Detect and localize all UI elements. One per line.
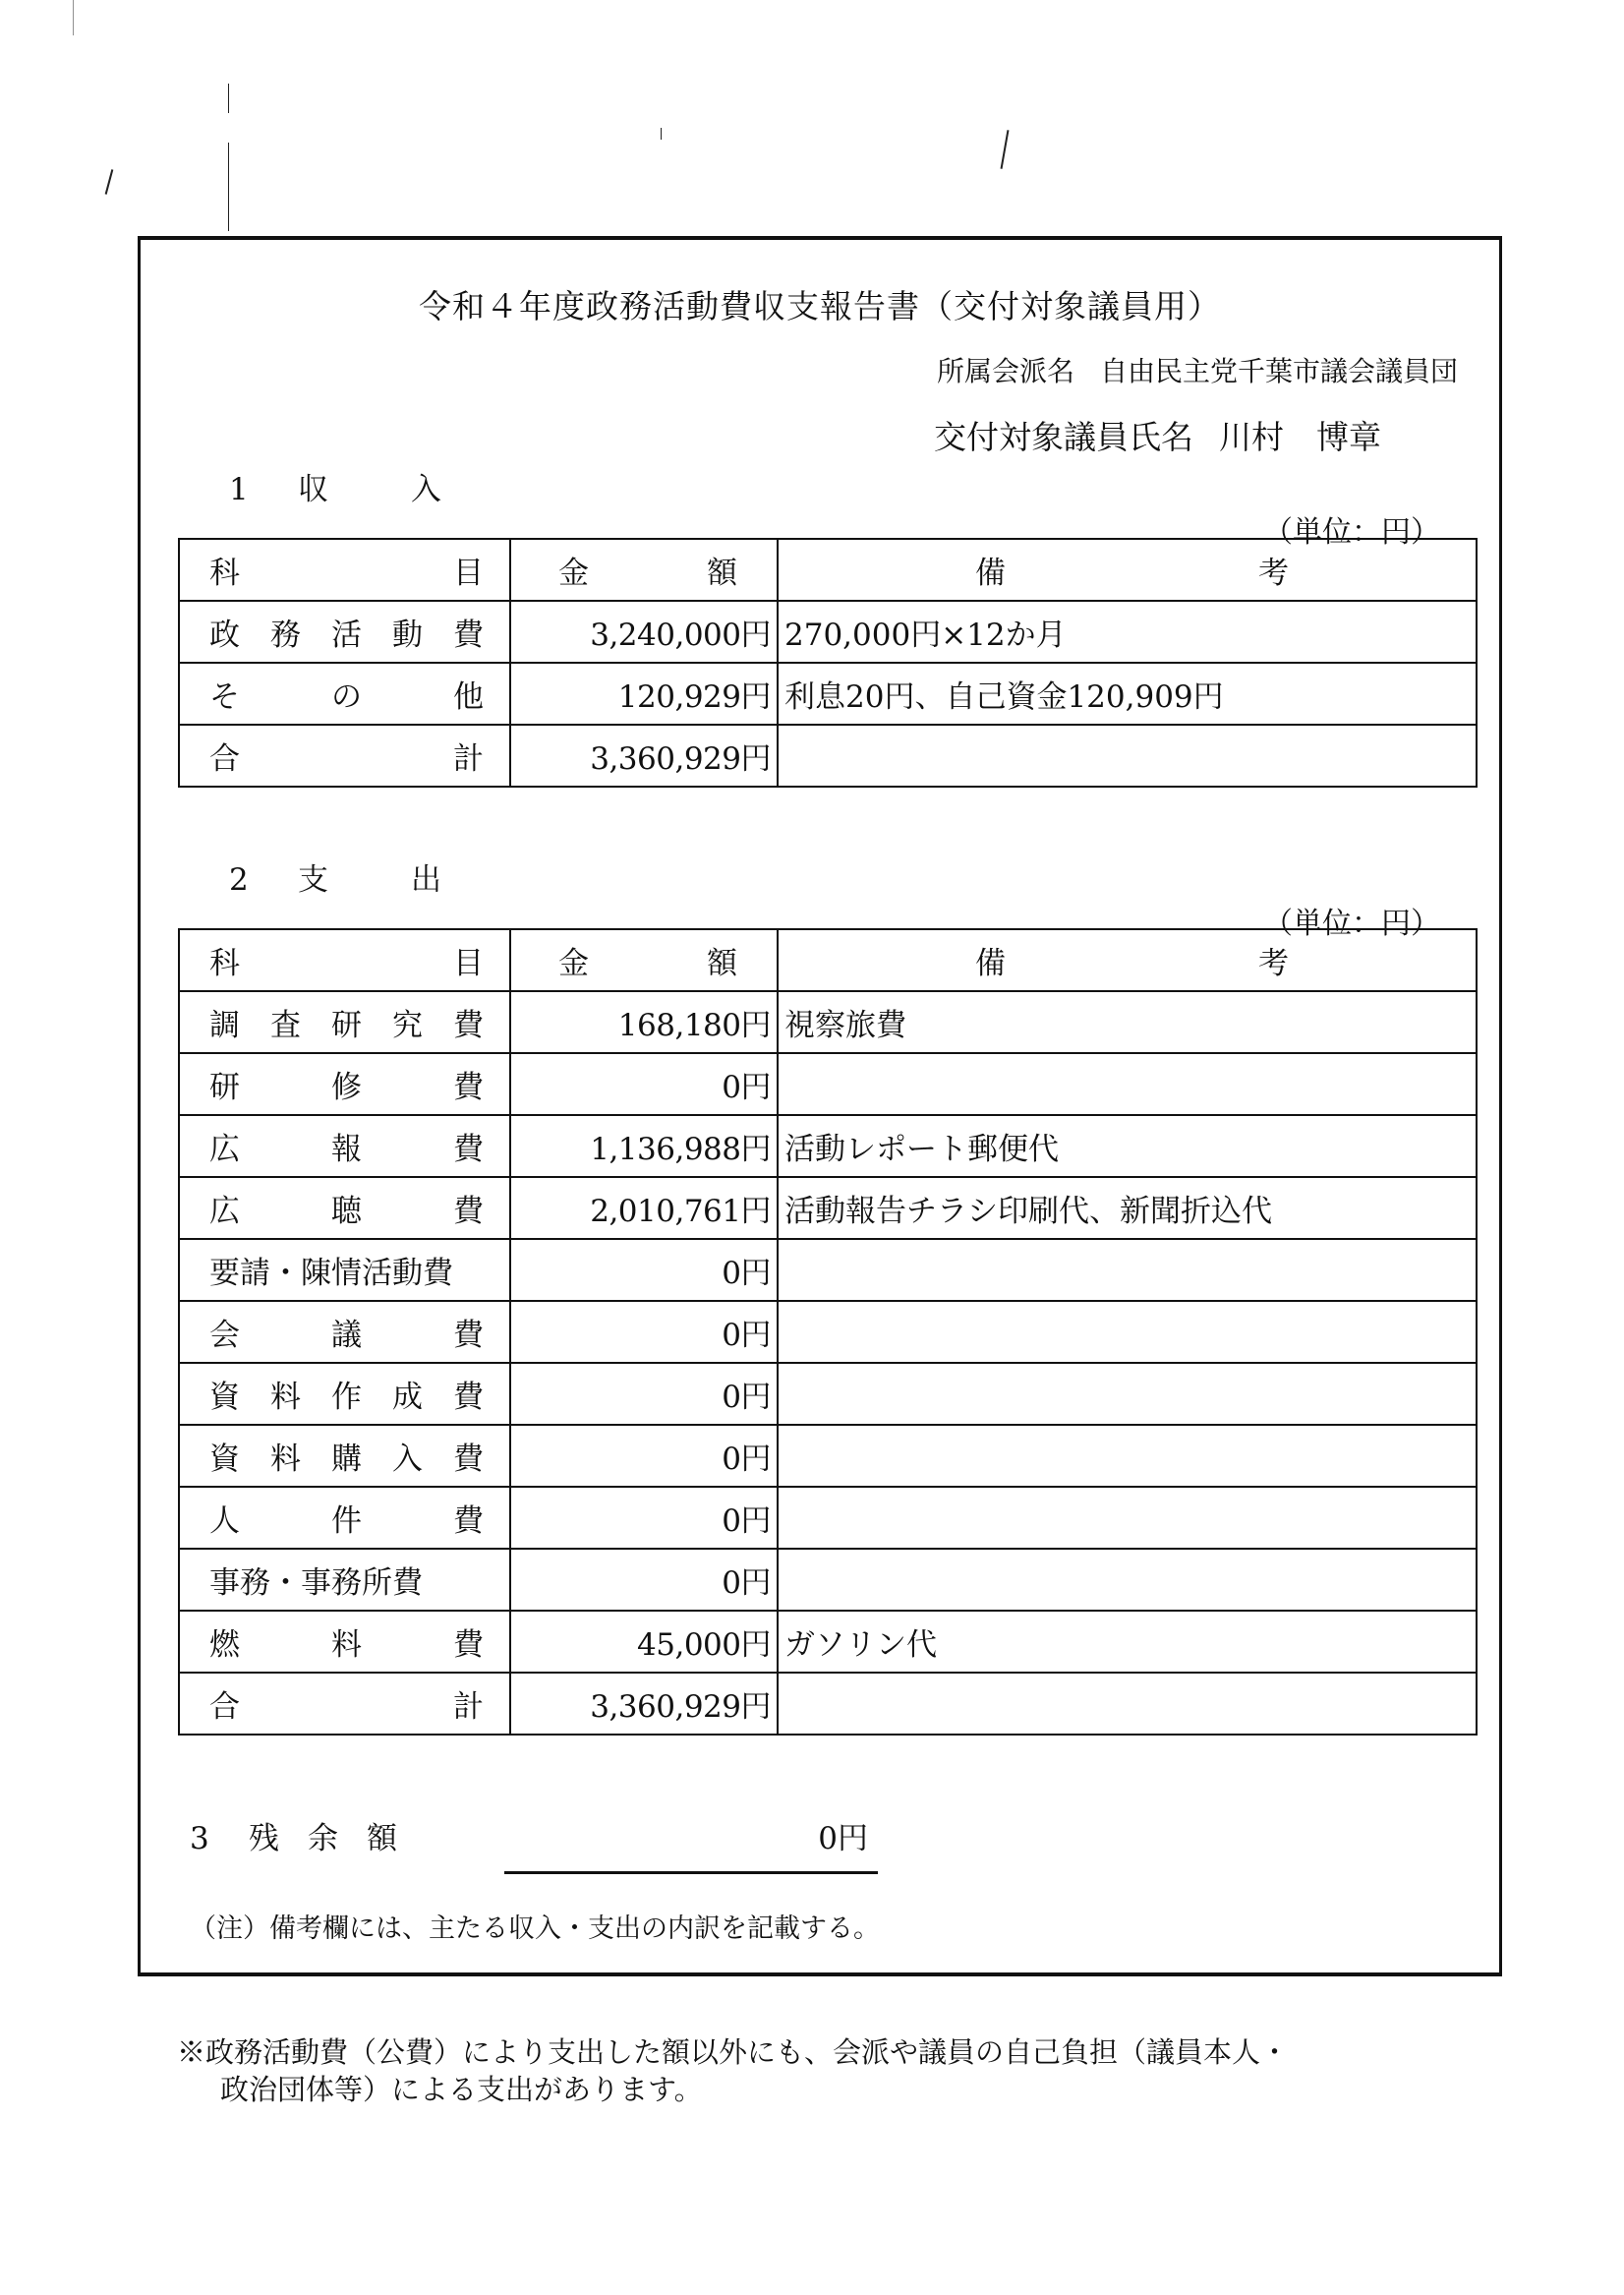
subject-cell: 資料作成費 [179, 1363, 510, 1425]
footnote: ※政務活動費（公費）により支出した額以外にも、会派や議員の自己負担（議員本人・ … [177, 2033, 1494, 2108]
amount-cell: 0円 [510, 1549, 778, 1611]
footnote-line-2: 政治団体等）による支出があります。 [177, 2071, 1494, 2108]
scan-mark [228, 143, 229, 231]
expenditure-row: 事務・事務所費0円 [179, 1549, 1477, 1611]
amount-cell: 0円 [510, 1363, 778, 1425]
balance-line: 3残余額 0円 [190, 1813, 878, 1857]
header-note: 備考 [778, 539, 1477, 601]
subject-cell: 広聴費 [179, 1177, 510, 1239]
subject-cell: 調査研究費 [179, 991, 510, 1053]
subject-cell: 事務・事務所費 [179, 1549, 510, 1611]
footnote-line-1: ※政務活動費（公費）により支出した額以外にも、会派や議員の自己負担（議員本人・ [177, 2033, 1494, 2071]
scan-mark [661, 128, 662, 140]
amount-cell: 3,360,929円 [510, 1673, 778, 1735]
note-cell: 活動レポート郵便代 [778, 1115, 1477, 1177]
subject-cell: 資料購入費 [179, 1425, 510, 1487]
faction-label: 所属会派名 [937, 355, 1074, 387]
faction-value: 自由民主党千葉市議会議員団 [1100, 355, 1458, 387]
note-cell [778, 1239, 1477, 1301]
expenditure-row: 調査研究費168,180円視察旅費 [179, 991, 1477, 1053]
amount-cell: 45,000円 [510, 1611, 778, 1673]
income-row: 合計3,360,929円 [179, 725, 1477, 787]
annotation-note: （注）備考欄には、主たる収入・支出の内訳を記載する。 [190, 1907, 880, 1945]
note-cell: ガソリン代 [778, 1611, 1477, 1673]
amount-cell: 0円 [510, 1487, 778, 1549]
balance-value: 0円 [504, 1813, 878, 1874]
subject-cell: 合計 [179, 725, 510, 787]
note-cell [778, 1053, 1477, 1115]
expenditure-row: 人件費0円 [179, 1487, 1477, 1549]
amount-cell: 0円 [510, 1053, 778, 1115]
note-cell [778, 1487, 1477, 1549]
subject-cell: 広報費 [179, 1115, 510, 1177]
expenditure-row: 資料作成費0円 [179, 1363, 1477, 1425]
subject-cell: その他 [179, 663, 510, 725]
note-cell: 270,000円×12か月 [778, 601, 1477, 663]
amount-cell: 0円 [510, 1425, 778, 1487]
expenditure-header-row: 科目 金額 備考 [179, 929, 1477, 991]
faction-line: 所属会派名自由民主党千葉市議会議員団 [937, 350, 1458, 389]
scan-mark [105, 169, 114, 195]
header-subject: 科目 [179, 539, 510, 601]
subject-cell: 政務活動費 [179, 601, 510, 663]
balance-label: 3残余額 [190, 1821, 426, 1856]
amount-cell: 3,240,000円 [510, 601, 778, 663]
income-header-row: 科目 金額 備考 [179, 539, 1477, 601]
expenditure-row: 広聴費2,010,761円活動報告チラシ印刷代、新聞折込代 [179, 1177, 1477, 1239]
header-amount: 金額 [510, 539, 778, 601]
subject-cell: 合計 [179, 1673, 510, 1735]
income-section-heading: 1収入 [229, 464, 443, 508]
subject-cell: 燃料費 [179, 1611, 510, 1673]
subject-cell: 研修費 [179, 1053, 510, 1115]
member-label: 交付対象議員氏名 [934, 418, 1193, 456]
amount-cell: 0円 [510, 1301, 778, 1363]
income-row: その他120,929円利息20円、自己資金120,909円 [179, 663, 1477, 725]
note-cell: 視察旅費 [778, 991, 1477, 1053]
subject-cell: 人件費 [179, 1487, 510, 1549]
amount-cell: 168,180円 [510, 991, 778, 1053]
header-note: 備考 [778, 929, 1477, 991]
expenditure-row: 要請・陳情活動費0円 [179, 1239, 1477, 1301]
member-line: 交付対象議員氏名川村 博章 [934, 412, 1381, 458]
income-row: 政務活動費3,240,000円270,000円×12か月 [179, 601, 1477, 663]
note-cell [778, 1363, 1477, 1425]
amount-cell: 120,929円 [510, 663, 778, 725]
amount-cell: 2,010,761円 [510, 1177, 778, 1239]
report-frame: 令和４年度政務活動費収支報告書（交付対象議員用） 所属会派名自由民主党千葉市議会… [138, 236, 1502, 1976]
income-table: 科目 金額 備考 政務活動費3,240,000円270,000円×12か月その他… [178, 538, 1478, 788]
note-cell [778, 1425, 1477, 1487]
amount-cell: 1,136,988円 [510, 1115, 778, 1177]
note-cell [778, 725, 1477, 787]
subject-cell: 要請・陳情活動費 [179, 1239, 510, 1301]
report-title: 令和４年度政務活動費収支報告書（交付対象議員用） [141, 281, 1499, 327]
expenditure-row: 会議費0円 [179, 1301, 1477, 1363]
amount-cell: 3,360,929円 [510, 725, 778, 787]
header-subject: 科目 [179, 929, 510, 991]
amount-cell: 0円 [510, 1239, 778, 1301]
note-cell: 活動報告チラシ印刷代、新聞折込代 [778, 1177, 1477, 1239]
note-cell [778, 1549, 1477, 1611]
expenditure-row: 資料購入費0円 [179, 1425, 1477, 1487]
expenditure-section-heading: 2支出 [229, 854, 443, 899]
note-cell [778, 1673, 1477, 1735]
expenditure-row: 燃料費45,000円ガソリン代 [179, 1611, 1477, 1673]
note-cell: 利息20円、自己資金120,909円 [778, 663, 1477, 725]
scan-mark [73, 0, 74, 35]
expenditure-row: 研修費0円 [179, 1053, 1477, 1115]
scan-mark [228, 84, 229, 113]
expenditure-row: 広報費1,136,988円活動レポート郵便代 [179, 1115, 1477, 1177]
note-cell [778, 1301, 1477, 1363]
expenditure-table: 科目 金額 備考 調査研究費168,180円視察旅費研修費0円広報費1,136,… [178, 928, 1478, 1736]
subject-cell: 会議費 [179, 1301, 510, 1363]
scan-mark [1001, 130, 1010, 169]
member-value: 川村 博章 [1219, 418, 1381, 456]
header-amount: 金額 [510, 929, 778, 991]
expenditure-row: 合計3,360,929円 [179, 1673, 1477, 1735]
